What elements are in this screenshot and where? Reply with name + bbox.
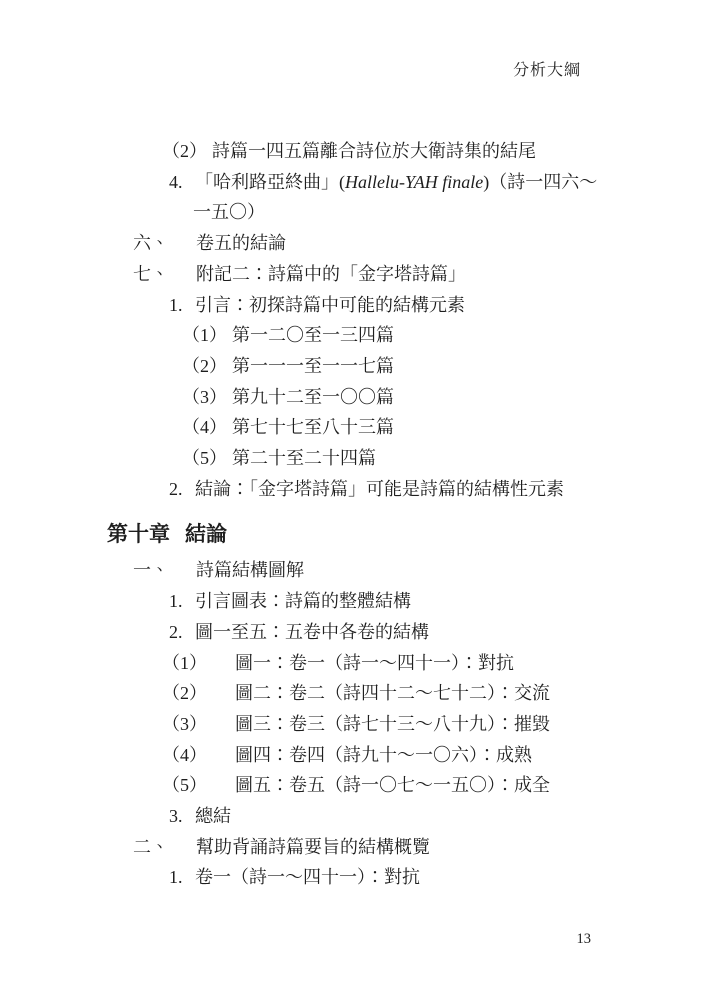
line-text: 詩篇結構圖解 — [196, 560, 304, 580]
line-text: 卷一（詩一～四十一）：對抗 — [195, 867, 420, 887]
outline-line: 2.圖一至五：五卷中各卷的結構 — [0, 617, 705, 648]
line-text: 總結 — [195, 806, 231, 826]
line-text: 第一二〇至一三四篇 — [232, 325, 394, 345]
list-marker: （5） — [162, 770, 235, 801]
list-marker: 1. — [169, 862, 195, 893]
list-marker: 七、 — [133, 259, 196, 290]
outline-line: 一五〇） — [0, 197, 705, 228]
line-text: 卷五的結論 — [196, 233, 286, 253]
outline-line: 3.總結 — [0, 801, 705, 832]
chapter-heading: 第十章結論 — [0, 516, 705, 552]
list-marker: 4. — [169, 167, 195, 198]
line-text: 附記二：詩篇中的「金字塔詩篇」 — [196, 264, 466, 284]
outline-line: （4）第七十七至八十三篇 — [0, 412, 705, 443]
list-marker: （2） — [162, 678, 235, 709]
list-marker: 2. — [169, 617, 195, 648]
list-marker: 六、 — [133, 228, 196, 259]
line-text: 圖三：卷三（詩七十三～八十九）：摧毀 — [235, 714, 550, 734]
line-text: 詩篇一四五篇離合詩位於大衛詩集的結尾 — [212, 141, 536, 161]
page-number: 13 — [577, 931, 592, 948]
outline-line: 七、附記二：詩篇中的「金字塔詩篇」 — [0, 259, 705, 290]
line-text: 「哈利路亞終曲」(Hallelu-YAH finale)（詩一四六～ — [195, 172, 597, 192]
line-text: 圖五：卷五（詩一〇七～一五〇）：成全 — [235, 775, 550, 795]
running-header: 分析大綱 — [513, 57, 581, 80]
outline: （2）詩篇一四五篇離合詩位於大衛詩集的結尾4.「哈利路亞終曲」(Hallelu-… — [0, 136, 705, 893]
line-text: 一五〇） — [193, 202, 265, 222]
list-marker: （3） — [182, 382, 232, 413]
list-marker: 2. — [169, 474, 195, 505]
list-marker: （1） — [182, 320, 232, 351]
outline-line: （3）圖三：卷三（詩七十三～八十九）：摧毀 — [0, 709, 705, 740]
list-marker: 1. — [169, 586, 195, 617]
line-text: 第二十至二十四篇 — [232, 448, 376, 468]
line-text: 圖四：卷四（詩九十～一〇六）：成熟 — [235, 745, 532, 765]
outline-line: 2.結論：「金字塔詩篇」可能是詩篇的結構性元素 — [0, 474, 705, 505]
outline-line: （1）第一二〇至一三四篇 — [0, 320, 705, 351]
list-marker: （2） — [162, 136, 212, 167]
line-text: 第一一一至一一七篇 — [232, 356, 394, 376]
outline-line: （2）詩篇一四五篇離合詩位於大衛詩集的結尾 — [0, 136, 705, 167]
list-marker: （4） — [182, 412, 232, 443]
list-marker: （5） — [182, 443, 232, 474]
line-text: 引言圖表：詩篇的整體結構 — [195, 591, 411, 611]
outline-line: 二、幫助背誦詩篇要旨的結構概覽 — [0, 832, 705, 863]
line-text: 圖一：卷一（詩一～四十一）：對抗 — [235, 653, 514, 673]
line-text: 幫助背誦詩篇要旨的結構概覽 — [196, 837, 430, 857]
outline-line: 六、卷五的結論 — [0, 228, 705, 259]
list-marker: 3. — [169, 801, 195, 832]
list-marker: （2） — [182, 351, 232, 382]
line-text: 結論 — [185, 522, 227, 546]
line-text: 引言：初探詩篇中可能的結構元素 — [195, 295, 465, 315]
list-marker: （4） — [162, 740, 235, 771]
list-marker: 第十章 — [107, 516, 185, 552]
list-marker: （1） — [162, 648, 235, 679]
outline-line: 一、詩篇結構圖解 — [0, 555, 705, 586]
outline-line: （1）圖一：卷一（詩一～四十一）：對抗 — [0, 648, 705, 679]
line-text: 圖二：卷二（詩四十二～七十二）：交流 — [235, 683, 550, 703]
outline-line: 1.引言：初探詩篇中可能的結構元素 — [0, 290, 705, 321]
outline-line: （5）圖五：卷五（詩一〇七～一五〇）：成全 — [0, 770, 705, 801]
outline-line: （4）圖四：卷四（詩九十～一〇六）：成熟 — [0, 740, 705, 771]
line-text: 圖一至五：五卷中各卷的結構 — [195, 622, 429, 642]
line-text: 第七十七至八十三篇 — [232, 417, 394, 437]
outline-line: （3）第九十二至一〇〇篇 — [0, 382, 705, 413]
list-marker: 二、 — [133, 832, 196, 863]
line-text: 第九十二至一〇〇篇 — [232, 387, 394, 407]
outline-line: （5）第二十至二十四篇 — [0, 443, 705, 474]
outline-line: 4.「哈利路亞終曲」(Hallelu-YAH finale)（詩一四六～ — [0, 167, 705, 198]
outline-line: （2）圖二：卷二（詩四十二～七十二）：交流 — [0, 678, 705, 709]
list-marker: （3） — [162, 709, 235, 740]
document-page: 分析大綱 （2）詩篇一四五篇離合詩位於大衛詩集的結尾4.「哈利路亞終曲」(Hal… — [0, 0, 705, 1000]
outline-line: 1.卷一（詩一～四十一）：對抗 — [0, 862, 705, 893]
outline-line: 1.引言圖表：詩篇的整體結構 — [0, 586, 705, 617]
outline-line: （2）第一一一至一一七篇 — [0, 351, 705, 382]
list-marker: 1. — [169, 290, 195, 321]
list-marker: 一、 — [133, 555, 196, 586]
line-text: 結論：「金字塔詩篇」可能是詩篇的結構性元素 — [195, 479, 564, 499]
